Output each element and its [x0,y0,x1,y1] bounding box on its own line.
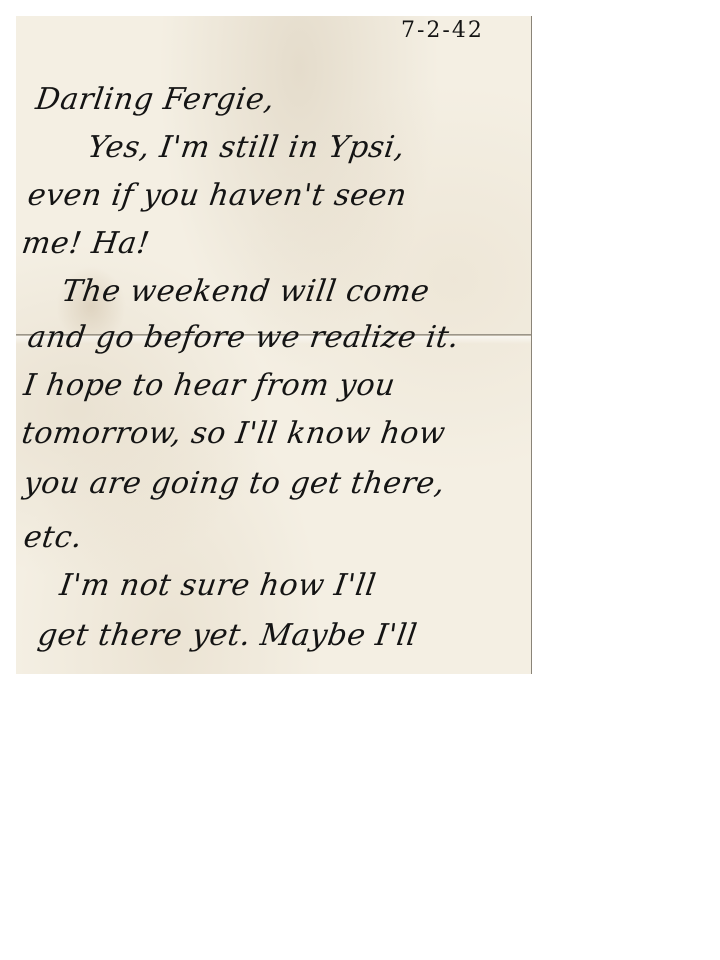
letter-line: you are going to get there, [22,466,448,501]
letter-line: and go before we realize it. [26,320,462,355]
letter-date: 7-2-42 [401,18,484,43]
letter-line: etc. [22,520,85,555]
letter-line: The weekend will come [60,274,432,309]
salutation: Darling Fergie, [34,82,277,117]
letter-page: 7-2-42 Darling Fergie, Yes, I'm still in… [16,16,532,674]
letter-line: Yes, I'm still in Ypsi, [86,130,408,165]
letter-line: even if you haven't seen [26,178,410,213]
letter-line: I'm not sure how I'll [58,568,379,603]
letter-line: get there yet. Maybe I'll [36,618,420,653]
letter-line: tomorrow, so I'll know how [20,416,448,451]
letter-line: I hope to hear from you [22,368,398,403]
letter-line: me! Ha! [20,226,152,261]
